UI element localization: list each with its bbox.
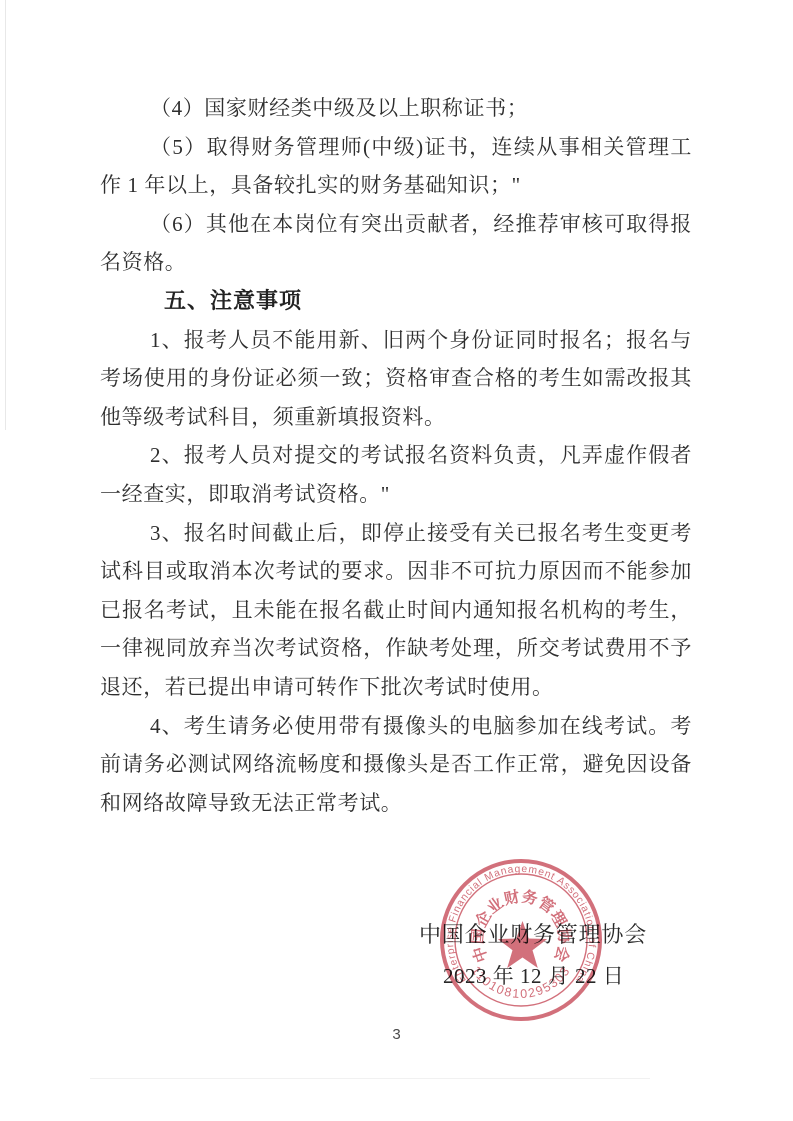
page-number: 3 [0, 1026, 793, 1043]
paragraph-note-4: 4、考生请务必使用带有摄像头的电脑参加在线考试。考前请务必测试网络流畅度和摄像头… [100, 707, 692, 823]
paragraph-note-3: 3、报名时间截止后，即停止接受有关已报名考生变更考试科目或取消本次考试的要求。因… [100, 514, 692, 707]
official-seal: Enterprise Financial Management Associat… [436, 855, 606, 1025]
paragraph-item-5: （5）取得财务管理师(中级)证书，连续从事相关管理工作 1 年以上，具备较扎实的… [100, 128, 692, 205]
paragraph-item-4: （4）国家财经类中级及以上职称证书； [100, 89, 692, 128]
paragraph-note-1: 1、报考人员不能用新、旧两个身份证同时报名；报名与考场使用的身份证必须一致；资格… [100, 321, 692, 437]
seal-star-icon [498, 921, 547, 968]
scan-artifact-smudge [90, 1078, 650, 1079]
paragraph-item-6: （6）其他在本岗位有突出贡献者，经推荐审核可取得报名资格。 [100, 205, 692, 282]
scan-artifact-line [5, 0, 6, 430]
document-body: （4）国家财经类中级及以上职称证书； （5）取得财务管理师(中级)证书，连续从事… [100, 89, 692, 822]
paragraph-note-2: 2、报考人员对提交的考试报名资料负责，凡弄虚作假者一经查实，即取消考试资格。" [100, 436, 692, 513]
section-heading-notes: 五、注意事项 [100, 282, 692, 321]
